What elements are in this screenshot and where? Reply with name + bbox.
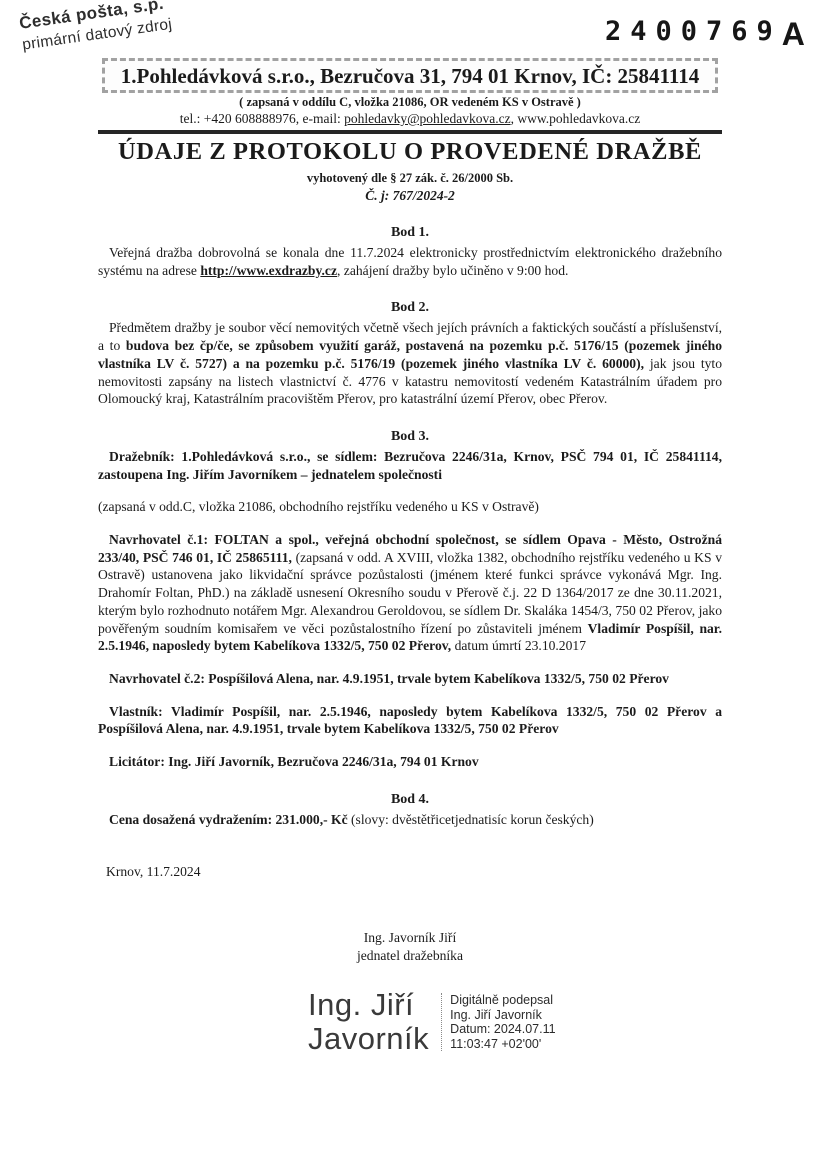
signatory-block: Ing. Javorník Jiří jednatel dražebníka xyxy=(98,929,722,964)
section-heading: Bod 1. xyxy=(98,225,722,241)
paragraph: Navrhovatel č.2: Pospíšilová Alena, nar.… xyxy=(98,670,722,688)
company-name-line: 1.Pohledávková s.r.o., Bezručova 31, 794… xyxy=(121,64,700,89)
postal-stamp: Česká pošta, s.p. primární datový zdroj xyxy=(18,0,173,55)
company-stamp-box: 1.Pohledávková s.r.o., Bezručova 31, 794… xyxy=(102,58,719,93)
letterhead-divider xyxy=(98,130,722,134)
registry-line: ( zapsaná v oddílu C, vložka 21086, OR v… xyxy=(98,95,722,110)
digital-signature-detail-line: Digitálně podepsal xyxy=(450,993,555,1008)
paragraph: Cena dosažená vydražením: 231.000,- Kč (… xyxy=(98,811,722,829)
paragraph: Dražebník: 1.Pohledávková s.r.o., se síd… xyxy=(98,448,722,483)
text-segment: (zapsaná v odd.C, vložka 21086, obchodní… xyxy=(98,499,539,514)
page-title: ÚDAJE Z PROTOKOLU O PROVEDENÉ DRAŽBĚ xyxy=(98,138,722,166)
contact-email-link: pohledavky@pohledavkova.cz xyxy=(344,111,511,126)
text-segment: (slovy: dvěstětřicetjednatisíc korun čes… xyxy=(348,812,594,827)
text-segment: Cena dosažená vydražením: 231.000,- Kč xyxy=(109,812,348,827)
digital-signature-detail-line: Ing. Jiří Javorník xyxy=(450,1008,555,1023)
text-segment: Navrhovatel č.2: Pospíšilová Alena, nar.… xyxy=(109,671,669,686)
scanned-auction-protocol-page: { "ink_color": "#1b1b1b", "postal_stamp"… xyxy=(0,0,821,1174)
digital-signature-name-line1: Ing. Jiří xyxy=(308,988,429,1022)
contact-tel-prefix: tel.: +420 608888976, e-mail: xyxy=(180,111,344,126)
section-bod-3: Bod 3.Dražebník: 1.Pohledávková s.r.o., … xyxy=(98,429,722,771)
place-and-date: Krnov, 11.7.2024 xyxy=(98,864,722,880)
section-bod-1: Bod 1.Veřejná dražba dobrovolná se konal… xyxy=(98,225,722,279)
text-segment: , zahájení dražby bylo učiněno v 9:00 ho… xyxy=(337,263,568,278)
text-segment: Licitátor: Ing. Jiří Javorník, Bezručova… xyxy=(109,754,479,769)
paragraph: Navrhovatel č.1: FOLTAN a spol., veřejná… xyxy=(98,531,722,655)
section-bod-2: Bod 2.Předmětem dražby je soubor věcí ne… xyxy=(98,300,722,408)
paragraph: Veřejná dražba dobrovolná se konala dne … xyxy=(98,244,722,279)
digital-signature-name: Ing. Jiří Javorník xyxy=(308,988,429,1056)
document-number-digits: 2400769 xyxy=(605,16,782,47)
document-number-stamp: 2400769A xyxy=(605,16,805,53)
section-heading: Bod 4. xyxy=(98,792,722,808)
digital-signature-detail-line: 11:03:47 +02'00' xyxy=(450,1037,555,1052)
text-segment: Vlastník: Vladimír Pospíšil, nar. 2.5.19… xyxy=(98,704,722,737)
section-bod-4: Bod 4.Cena dosažená vydražením: 231.000,… xyxy=(98,792,722,829)
paragraph: Předmětem dražby je soubor věcí nemovitý… xyxy=(98,319,722,408)
document-number-letter: A xyxy=(782,16,805,52)
digital-signature: Ing. Jiří Javorník Digitálně podepsal In… xyxy=(308,988,722,1056)
text-segment: Dražebník: 1.Pohledávková s.r.o., se síd… xyxy=(98,449,722,482)
title-subtitle: vyhotovený dle § 27 zák. č. 26/2000 Sb. xyxy=(98,171,722,186)
section-heading: Bod 2. xyxy=(98,300,722,316)
sections: Bod 1.Veřejná dražba dobrovolná se konal… xyxy=(98,225,722,828)
signatory-role: jednatel dražebníka xyxy=(98,947,722,965)
signatory-name: Ing. Javorník Jiří xyxy=(98,929,722,947)
paragraph: Vlastník: Vladimír Pospíšil, nar. 2.5.19… xyxy=(98,703,722,738)
inline-url-text: http://www.exdrazby.cz xyxy=(200,263,337,278)
paragraph: Licitátor: Ing. Jiří Javorník, Bezručova… xyxy=(98,753,722,771)
contact-line: tel.: +420 608888976, e-mail: pohledavky… xyxy=(98,111,722,127)
digital-signature-detail-line: Datum: 2024.07.11 xyxy=(450,1022,555,1037)
text-segment: datum úmrtí 23.10.2017 xyxy=(451,638,586,653)
document-body: ÚDAJE Z PROTOKOLU O PROVEDENÉ DRAŽBĚ vyh… xyxy=(98,138,722,1056)
text-segment: budova bez čp/če, se způsobem využití ga… xyxy=(98,338,722,371)
contact-web-suffix: , www.pohledavkova.cz xyxy=(511,111,641,126)
letterhead: 1.Pohledávková s.r.o., Bezručova 31, 794… xyxy=(98,58,722,134)
paragraph: (zapsaná v odd.C, vložka 21086, obchodní… xyxy=(98,498,722,516)
reference-number: Č. j: 767/2024-2 xyxy=(98,188,722,204)
digital-signature-name-line2: Javorník xyxy=(308,1022,429,1056)
section-heading: Bod 3. xyxy=(98,429,722,445)
digital-signature-details: Digitálně podepsal Ing. Jiří Javorník Da… xyxy=(441,993,555,1051)
